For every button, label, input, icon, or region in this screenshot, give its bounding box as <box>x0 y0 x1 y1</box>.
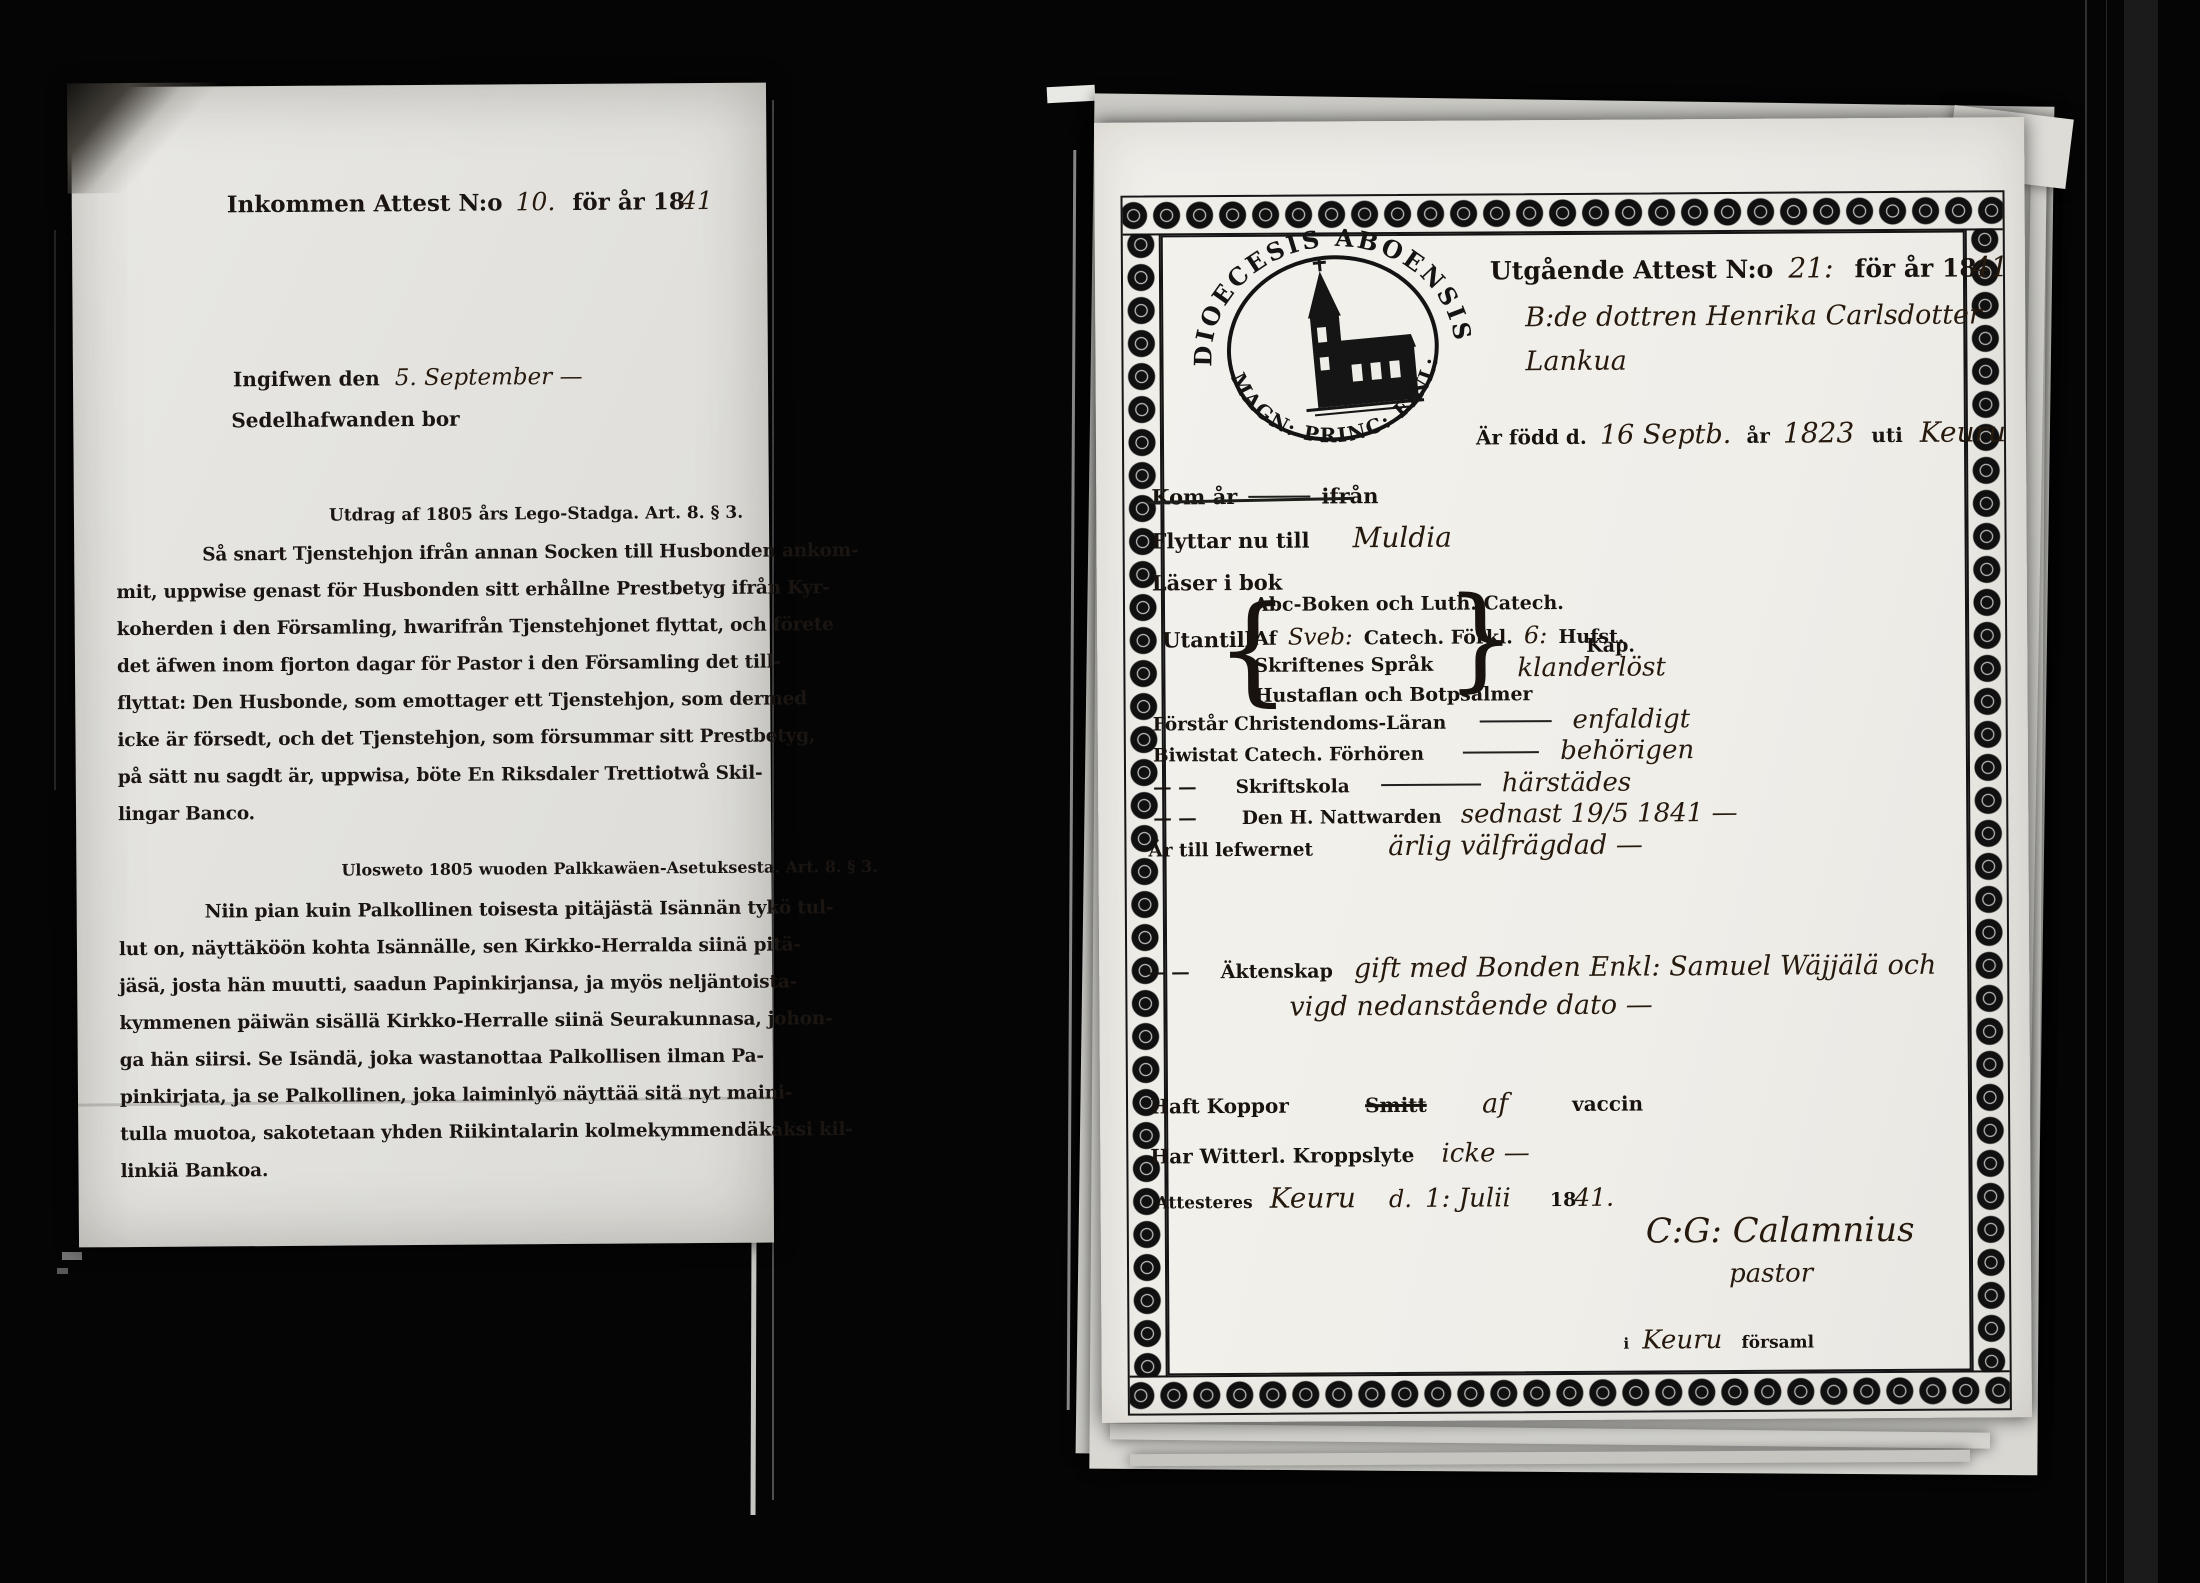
row-label: Förstår Christendoms-Läran <box>1153 713 1447 736</box>
submitted-date: 5. September — <box>395 364 583 391</box>
attended-catechism-row: Biwistat Catech. Förhören behörigen <box>1153 735 1694 768</box>
born-place: Keuru <box>1920 415 2006 449</box>
closing-brace: } <box>1445 576 1517 700</box>
utantill-chapter-number: 6: <box>1524 621 1548 649</box>
born-label: Är född d. <box>1476 425 1587 450</box>
text-line: linkiä Bankoa. <box>120 1156 853 1198</box>
parish-place: Keuru <box>1642 1325 1722 1355</box>
born-day: 16 Septb. <box>1600 419 1732 451</box>
kom-ar-label: Kom år <box>1151 484 1237 510</box>
marriage-value-line1: gift med Bonden Enkl: Samuel Wäjjälä och <box>1354 950 1937 985</box>
rosette-ornament-band <box>1965 228 2010 1372</box>
text-line: på sätt nu sagdt är, uppwisa, böte En Ri… <box>118 762 861 804</box>
marriage-value-line2: vigd nedanstående dato — <box>1289 989 1652 1022</box>
smallpox-struck-option: Smitt <box>1365 1093 1427 1117</box>
understands-doctrine-row: Förstår Christendoms-Läran enfaldigt <box>1153 704 1691 737</box>
microfilm-scan: Inkommen Attest N:o 10. för år 1841 Ingi… <box>0 0 2200 1583</box>
film-scratch <box>2085 0 2087 1583</box>
attestation-place: Keuru <box>1270 1181 1356 1215</box>
diocese-seal: DIOECESIS ABOENSIS MAGN: PRINC: FINL: <box>1171 201 1494 486</box>
text-line: lingar Banco. <box>118 799 861 841</box>
row-label: Äktenskap <box>1221 960 1333 983</box>
torn-corner <box>67 82 218 193</box>
utantill-line2: Af Sveb: Catech. Förkl. 6: Hufst. <box>1254 621 1624 651</box>
attest-title-label: Inkommen Attest N:o <box>227 189 503 218</box>
ifran-label: ifrån <box>1321 483 1378 508</box>
smallpox-label: Haft Koppor <box>1150 1094 1289 1119</box>
text-line: det äfwen inom fjorton dagar för Pastor … <box>117 651 860 693</box>
attestation-label: Attesteres <box>1156 1193 1253 1214</box>
text-line: jäsä, josta hän muutti, saadun Papinkirj… <box>119 971 852 1013</box>
attest-title: Inkommen Attest N:o 10. för år 1841 <box>227 186 713 218</box>
bodily-defect-row: Har Witterl. Kroppslyte icke — <box>1150 1138 1530 1170</box>
utantill-line2-pre: Af <box>1254 628 1277 650</box>
born-year-label: år <box>1746 424 1770 448</box>
text-line: icke är försedt, och det Tjenstehjon, so… <box>117 725 860 767</box>
swedish-section-heading: Utdrag af 1805 års Lego-Stadga. Art. 8. … <box>329 503 743 526</box>
smallpox-hw-value: af <box>1482 1088 1508 1119</box>
holy-communion-row: — — Den H. Nattwarden sednast 19/5 1841 … <box>1153 798 1737 832</box>
row-label: Är till lefwernet <box>1148 840 1313 862</box>
moving-to-value: Muldia <box>1353 521 1452 555</box>
paper-scrap <box>1047 85 1096 103</box>
confirmation-school-row: — — Skriftskola härstädes <box>1153 768 1631 801</box>
row-value: enfaldigt <box>1572 704 1690 735</box>
utantill-grade: klanderlöst <box>1517 652 1666 683</box>
row-value: härstädes <box>1502 768 1632 799</box>
submitted-label: Ingifwen den <box>233 366 380 391</box>
utantill-line2-hw: Sveb: <box>1288 624 1353 650</box>
born-line: Är född d. 16 Septb. år 1823 uti Keuru <box>1476 415 2006 451</box>
moving-to-line: Flyttar nu till Muldia <box>1151 521 1451 556</box>
attest-number: 21: <box>1788 251 1833 284</box>
row-value: behörigen <box>1560 735 1694 766</box>
rosette-ornament-band <box>1130 1370 2010 1413</box>
text-line: mit, uppwise genast för Husbonden sitt e… <box>116 577 859 619</box>
left-document-page: Inkommen Attest N:o 10. för år 1841 Ingi… <box>71 83 774 1248</box>
finnish-paragraph: Niin pian kuin Palkollinen toisesta pitä… <box>119 897 854 1198</box>
row-value: sednast 19/5 1841 — <box>1461 798 1738 830</box>
moving-to-label: Flyttar nu till <box>1152 528 1310 554</box>
row-label: Biwistat Catech. Förhören <box>1153 744 1424 767</box>
pastor-title: pastor <box>1729 1258 1813 1289</box>
row-value: ärlig välfrägdad — <box>1388 830 1643 863</box>
outgoing-attest-title: Utgående Attest N:o 21: för år 1841 <box>1490 250 2009 286</box>
utantill-line1: Abc-Boken och Luth. Catech. <box>1254 592 1564 616</box>
film-scratch <box>54 230 56 790</box>
born-year: 1823 <box>1783 416 1854 449</box>
attestation-year: 41. <box>1574 1183 1614 1212</box>
attest-year: 41 <box>1973 250 2009 283</box>
parish-pre: i <box>1623 1335 1629 1353</box>
film-speck <box>57 1268 68 1274</box>
attest-number: 10. <box>515 187 555 216</box>
ditto-dashes: — — <box>1153 777 1197 798</box>
attest-year: 41 <box>681 186 713 215</box>
utantill-line3: Skriftenes Språk <box>1254 654 1433 677</box>
attestation-year-prefix: 18 <box>1550 1189 1577 1211</box>
film-speck <box>62 1252 82 1260</box>
text-line: ga hän siirsi. Se Isändä, joka wastanott… <box>120 1045 853 1087</box>
rule-line <box>1463 751 1539 753</box>
finnish-section-heading: Ulosweto 1805 wuoden Palkkawäen-Asetukse… <box>341 857 877 880</box>
pastor-signature: C:G: Calamnius <box>1646 1210 1915 1252</box>
text-line: tulla muotoa, sakotetaan yhden Riikintal… <box>120 1119 853 1161</box>
film-scratch <box>2106 0 2107 1583</box>
stack-left-edge <box>1067 150 1077 1410</box>
row-label: Den H. Nattwarden <box>1242 807 1442 829</box>
holder-name-line1: B:de dottren Henrika Carlsdotter <box>1525 299 1982 333</box>
certificate-page: DIOECESIS ABOENSIS MAGN: PRINC: FINL: Ut… <box>1094 117 2032 1423</box>
text-line: koherden i den Församling, hwarifrån Tje… <box>117 614 860 656</box>
vaccine-label: vaccin <box>1572 1092 1643 1116</box>
text-line: Så snart Tjenstehjon ifrån annan Socken … <box>116 540 859 582</box>
ditto-dashes: — — <box>1146 962 1190 983</box>
text-line: Niin pian kuin Palkollinen toisesta pitä… <box>119 897 852 939</box>
film-band <box>2124 0 2158 1583</box>
holder-name-line2: Lankua <box>1525 346 1626 378</box>
attest-label: Utgående Attest N:o <box>1490 255 1774 286</box>
submitted-line: Ingifwen den 5. September — <box>233 364 583 392</box>
text-line: lut on, näyttäköön kohta Isännälle, sen … <box>119 934 852 976</box>
born-place-label: uti <box>1871 423 1903 447</box>
marriage-row: — — Äktenskap gift med Bonden Enkl: Samu… <box>1146 950 1936 986</box>
kom-ar-line: Kom år ifrån <box>1151 483 1378 509</box>
attestation-date: 1: Julii <box>1425 1183 1511 1214</box>
conduct-row: Är till lefwernet ärlig välfrägdad — <box>1148 830 1643 864</box>
row-label: Skriftskola <box>1236 776 1350 798</box>
swedish-paragraph: Så snart Tjenstehjon ifrån annan Socken … <box>116 540 860 841</box>
text-line: flyttat: Den Husbonde, som emottager ett… <box>117 688 860 730</box>
attest-mid: för år 18 <box>1854 253 1976 283</box>
parish-line: i Keuru församl <box>1623 1324 1814 1355</box>
attestation-d: d. <box>1389 1185 1412 1213</box>
parish-label: församl <box>1741 1332 1814 1352</box>
rule-line <box>1479 720 1551 722</box>
bearer-line: Sedelhafwanden bor <box>231 407 460 433</box>
row-value: icke — <box>1441 1138 1529 1169</box>
ditto-dashes: — — <box>1153 808 1197 829</box>
row-label: Har Witterl. Kroppslyte <box>1150 1143 1414 1169</box>
attestation-line: Attesteres Keuru d. 1: Julii 1841. <box>1156 1180 1615 1216</box>
rule-line <box>1381 784 1481 787</box>
attest-title-mid: för år 18 <box>572 188 685 216</box>
text-line: pinkirjata, ja se Palkollinen, joka laim… <box>120 1082 853 1124</box>
text-line: kymmenen päiwän sisällä Kirkko-Herralle … <box>119 1008 852 1050</box>
